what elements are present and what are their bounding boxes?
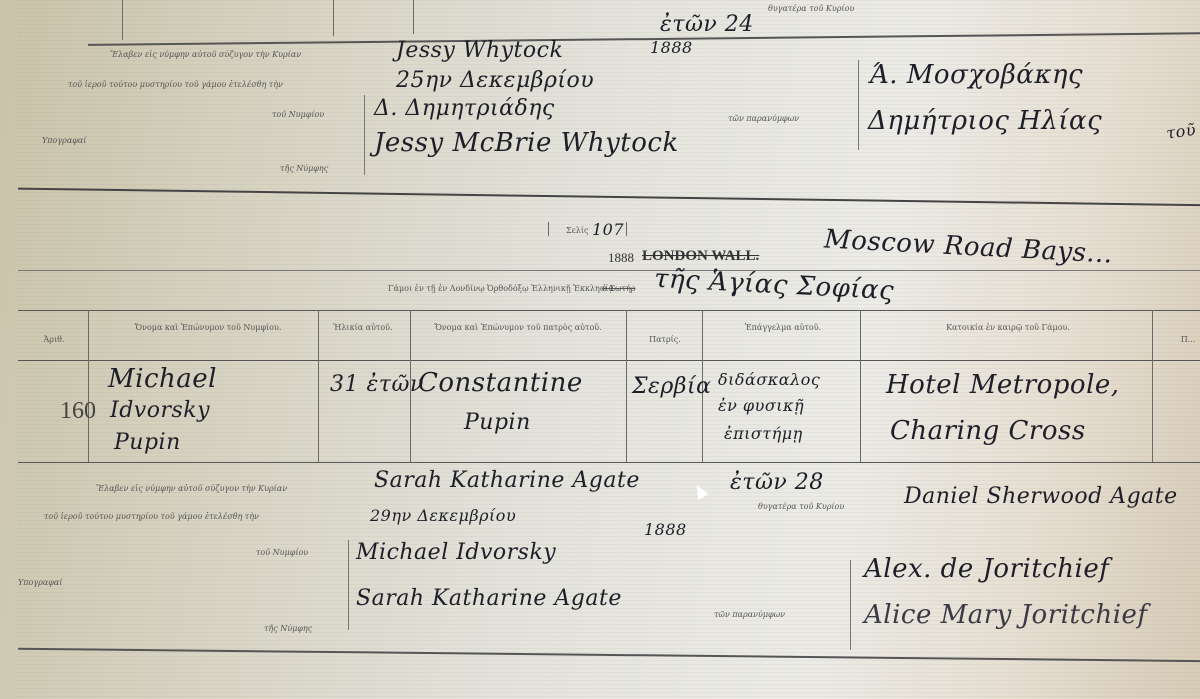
page-bracket bbox=[626, 222, 627, 236]
groom-middle-name: Idvorsky bbox=[110, 398, 210, 423]
column-line bbox=[626, 310, 627, 462]
column-line bbox=[333, 0, 334, 36]
groom-first-name: Michael bbox=[108, 364, 217, 394]
page-label: Σελίς bbox=[566, 226, 589, 235]
daughter-of-label: θυγατέρα τοῦ Κυρίου bbox=[758, 502, 844, 511]
father-first-name: Constantine bbox=[418, 368, 583, 398]
table-bottom bbox=[18, 462, 1200, 463]
groom-signature: Michael Idvorsky bbox=[356, 540, 556, 565]
residence-line-1: Hotel Metropole, bbox=[886, 370, 1120, 400]
header-age: Ἡλικία αὐτοῦ. bbox=[328, 322, 398, 333]
header-number: Ἀριθ. bbox=[24, 334, 84, 345]
wedding-date: 25ην Δεκεμβρίου bbox=[396, 68, 594, 93]
groom-signature: Δ. Δημητριάδης bbox=[374, 96, 555, 121]
groom-label: τοῦ Νυμφίου bbox=[272, 110, 324, 119]
handwritten-location: Moscow Road Bays... bbox=[823, 224, 1113, 269]
signature-brace bbox=[348, 540, 349, 630]
wedding-year: 1888 bbox=[650, 38, 693, 57]
sacrament-label: τοῦ ἱεροῦ τούτου μυστηρίου τοῦ γάμου ἐτε… bbox=[44, 512, 259, 521]
record-divider bbox=[18, 188, 1200, 207]
column-line bbox=[413, 0, 414, 34]
witness-2: Δημήτριος Ηλίας bbox=[868, 106, 1102, 136]
signatures-label: Υπογραφαί bbox=[42, 136, 86, 145]
year-prefix: 1888 bbox=[608, 250, 634, 266]
officiant-fragment: τοῦ Αρχ... bbox=[1165, 112, 1200, 143]
witness-1: Alex. de Joritchief bbox=[864, 554, 1109, 584]
witness-brace bbox=[858, 60, 859, 150]
profession-line-3: ἐπιστήμῃ bbox=[724, 424, 803, 443]
profession-line-1: διδάσκαλος bbox=[718, 370, 820, 389]
signature-brace bbox=[364, 95, 365, 175]
groom-surname: Pupin bbox=[114, 430, 181, 455]
received-label: Ἔλαβεν εἰς νύμφην αὐτοῦ σύζυγον τὴν Κυρί… bbox=[110, 50, 301, 59]
header-father-name: Ὄνομα καὶ Ἐπώνυμον τοῦ πατρὸς αὐτοῦ. bbox=[418, 322, 618, 333]
table-top bbox=[18, 310, 1200, 311]
header-residence: Κατοικία ἐν καιρῷ τοῦ Γάμου. bbox=[868, 322, 1148, 333]
header-groom-name: Ὄνομα καὶ Ἐπώνυμον τοῦ Νυμφίου. bbox=[108, 322, 308, 333]
church-line: Γάμοι ἐν τῇ ἐν Λονδίνῳ Ὀρθοδόξῳ Ἑλληνικῇ… bbox=[388, 284, 614, 293]
witness-brace bbox=[850, 560, 851, 650]
record-divider bbox=[18, 648, 1200, 663]
header-profession: Ἐπάγγελμα αὐτοῦ. bbox=[708, 322, 858, 333]
wedding-year: 1888 bbox=[644, 520, 687, 539]
header-line bbox=[18, 270, 1200, 271]
register-page: Ἔλαβεν εἰς νύμφην αὐτοῦ σύζυγον τὴν Κυρί… bbox=[18, 0, 1200, 699]
homeland: Σερβία bbox=[632, 374, 712, 399]
bride-label: τῆς Νύμφης bbox=[264, 624, 312, 633]
entry-number: 160 bbox=[60, 398, 96, 425]
bride-name: Sarah Katharine Agate bbox=[374, 468, 640, 493]
page-number: 107 bbox=[592, 220, 624, 239]
witnesses-label: τῶν παρανύμφων bbox=[728, 114, 799, 123]
bride-age: ἐτῶν 24 bbox=[660, 12, 754, 37]
bride-age: ἐτῶν 28 bbox=[730, 470, 824, 495]
bride-signature: Sarah Katharine Agate bbox=[356, 586, 622, 611]
groom-label: τοῦ Νυμφίου bbox=[256, 548, 308, 557]
father-surname: Pupin bbox=[464, 410, 531, 435]
sacrament-label: τοῦ ἱεροῦ τούτου μυστηρίου τοῦ γάμου ἐτε… bbox=[68, 80, 283, 89]
groom-age: 31 ἐτῶν bbox=[330, 372, 424, 397]
witness-1: Ά. Μοσχοβάκης bbox=[870, 60, 1083, 90]
column-line bbox=[318, 310, 319, 462]
received-label: Ἔλαβεν εἰς νύμφην αὐτοῦ σύζυγον τὴν Κυρί… bbox=[96, 484, 287, 493]
printed-location-struck: LONDON WALL. bbox=[642, 248, 759, 265]
header-homeland: Πατρίς. bbox=[630, 334, 700, 345]
wedding-date: 29ην Δεκεμβρίου bbox=[370, 506, 516, 525]
church-struck: ὁ Σωτήρ bbox=[602, 284, 635, 293]
father-of-bride: Daniel Sherwood Agate bbox=[904, 484, 1178, 509]
residence-line-2: Charing Cross bbox=[890, 416, 1086, 446]
column-line bbox=[88, 310, 89, 462]
bride-label: τῆς Νύμφης bbox=[280, 164, 328, 173]
bride-name: Jessy Whytock bbox=[396, 38, 563, 63]
column-line bbox=[1152, 310, 1153, 462]
column-line bbox=[122, 0, 123, 40]
header-truncated: Π... bbox=[1168, 334, 1200, 345]
column-line bbox=[860, 310, 861, 462]
bride-signature: Jessy McBrie Whytock bbox=[374, 128, 679, 158]
daughter-of-label: θυγατέρα τοῦ Κυρίου bbox=[768, 4, 854, 13]
row-divider bbox=[88, 32, 1200, 45]
witness-2: Alice Mary Joritchief bbox=[864, 600, 1148, 630]
table-header-bottom bbox=[18, 360, 1200, 361]
signatures-label: Υπογραφαί bbox=[18, 578, 62, 587]
profession-line-2: ἐν φυσικῇ bbox=[718, 396, 804, 415]
page-bracket bbox=[548, 222, 549, 236]
witnesses-label: τῶν παρανύμφων bbox=[714, 610, 785, 619]
